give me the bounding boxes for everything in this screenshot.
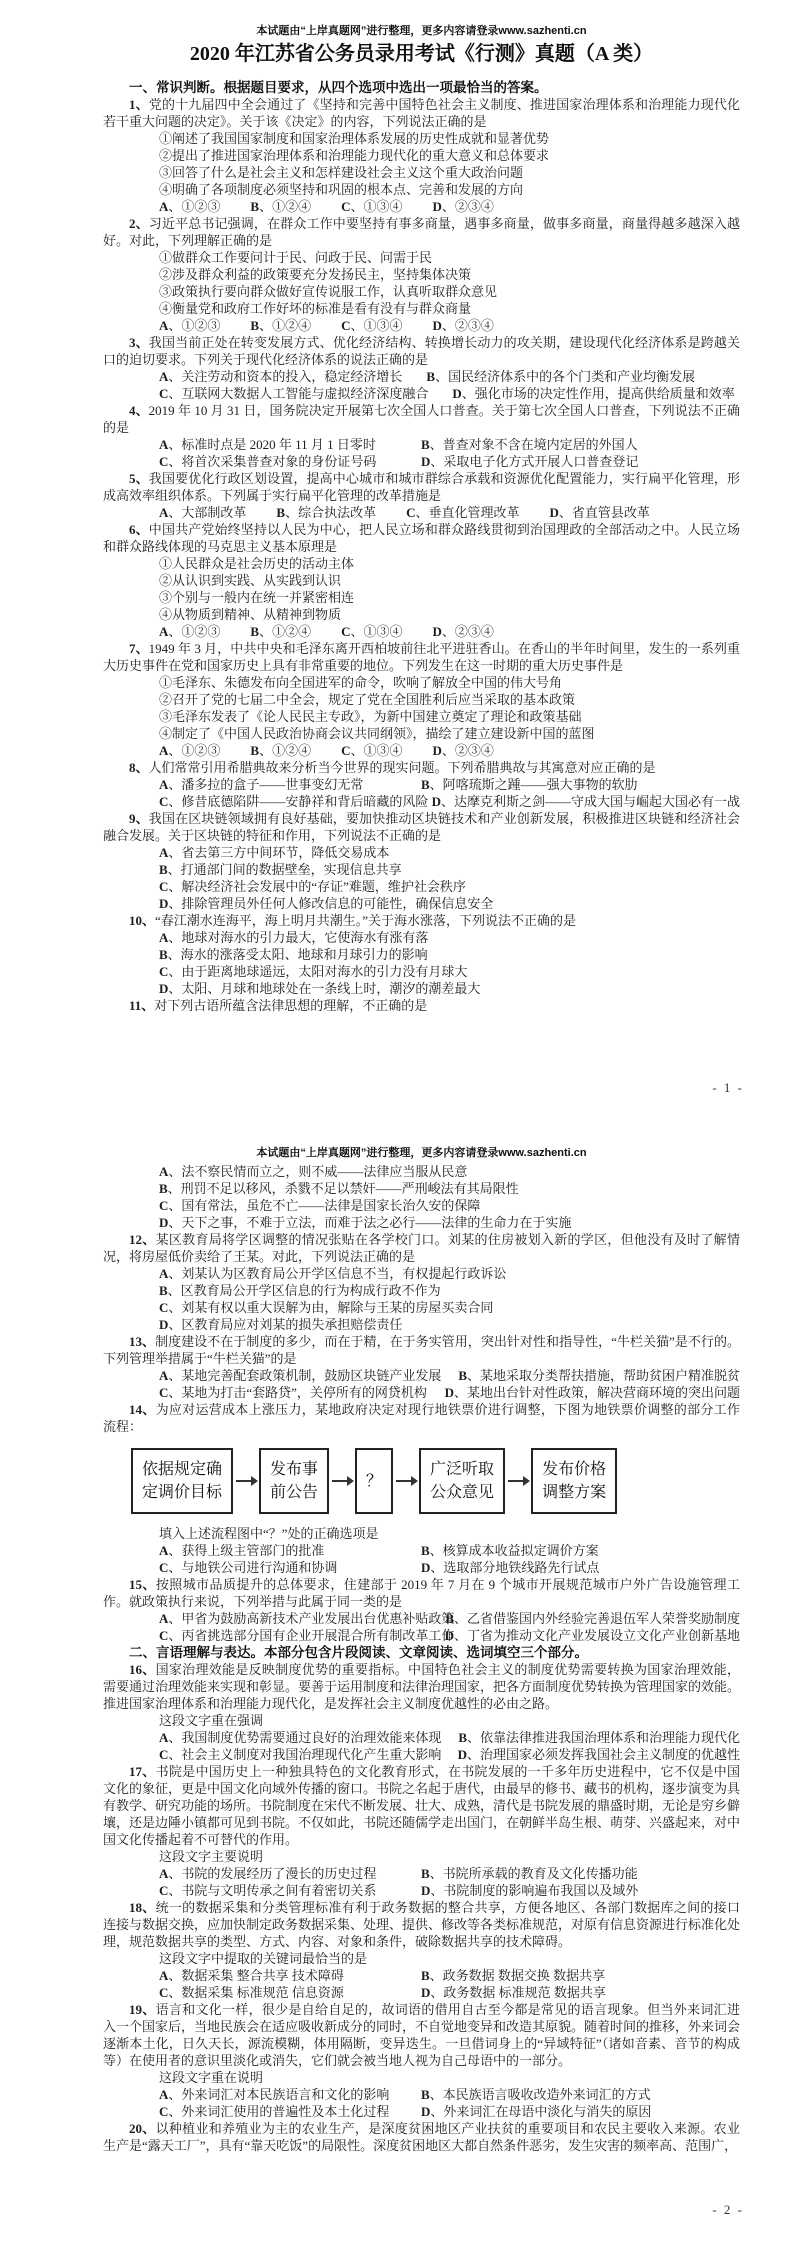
question-stem: 1、党的十九届四中全会通过了《坚持和完善中国特色社会主义制度、推进国家治理体系和… <box>103 96 740 130</box>
option-letter: A <box>159 777 168 792</box>
option: D、②③④ <box>433 317 494 334</box>
list-item: ②提出了推进国家治理体系和治理能力现代化的重大意义和总体要求 <box>159 147 740 164</box>
option: A、甲省为鼓励高新技术产业发展出台优惠补贴政策 <box>159 1610 421 1627</box>
option-letter: C <box>159 1300 168 1315</box>
option-letter: C <box>159 1198 168 1213</box>
list-item: ③个别与一般内在统一并紧密相连 <box>159 589 740 606</box>
option-letter: C <box>159 794 168 809</box>
page-2-body: A、法不察民情而立之，则不威——法律应当服从民意B、刑罚不足以移风，杀戮不足以禁… <box>103 1163 740 2154</box>
option-letter: D <box>421 1560 430 1575</box>
option: A、关注劳动和资本的投入，稳定经济增长 <box>159 368 402 385</box>
options-row: A、①②③B、①②④C、①③④D、②③④ <box>159 742 740 759</box>
question-stem: 11、对下列古语所蕴含法律思想的理解，不正确的是 <box>103 997 740 1014</box>
options-row: B、打通部门间的数据壁垒，实现信息共享 <box>159 861 740 878</box>
question-number: 4、 <box>129 403 149 418</box>
option-letter: B <box>426 369 435 384</box>
options-row: C、外来词汇使用的普遍性及本土化过程D、外来词汇在母语中淡化与消失的原因 <box>159 2103 740 2120</box>
options-row: D、太阳、月球和地球处在一条线上时，潮汐的潮差最大 <box>159 980 740 997</box>
list-item: ①毛泽东、朱德发布向全国进军的命令，吹响了解放全中国的伟大号角 <box>159 674 740 691</box>
option: C、数据采集 标准规范 信息资源 <box>159 1984 397 2001</box>
flow-box: 依据规定确定调价目标 <box>131 1448 233 1514</box>
option: D、排除管理员外任何人修改信息的可能性，确保信息安全 <box>159 896 493 911</box>
question-stem: 5、我国要优化行政区划设置，提高中心城市和城市群综合承载和资源优化配置能力，实行… <box>103 470 740 504</box>
option: B、综合执法改革 <box>276 504 376 521</box>
option: D、②③④ <box>433 198 494 215</box>
question-stem: 7、1949 年 3 月，中共中央和毛泽东离开西柏坡前往北平进驻香山。在香山的半… <box>103 640 740 674</box>
option: A、数据采集 整合共享 技术障碍 <box>159 1967 397 1984</box>
option-letter: B <box>445 1611 454 1626</box>
list-item: 这段文字重在说明 <box>159 2069 740 2086</box>
list-item: ③毛泽东发表了《论人民民主专政》，为新中国建立奠定了理论和政策基础 <box>159 708 740 725</box>
option-letter: A <box>159 2087 168 2102</box>
option: B、①②④ <box>250 198 311 215</box>
option: A、获得上级主管部门的批准 <box>159 1542 397 1559</box>
option-letter: D <box>445 1385 454 1400</box>
option-letter: B <box>159 862 168 877</box>
option: C、国有常法，虽危不亡——法律是国家长治久安的保障 <box>159 1198 480 1213</box>
option: A、标准时点是 2020 年 11 月 1 日零时 <box>159 436 397 453</box>
page-number: - 2 - <box>712 2202 744 2218</box>
doc-title: 2020 年江苏省公务员录用考试《行测》真题（A 类） <box>103 41 740 67</box>
option-letter: D <box>159 981 168 996</box>
list-item: ②涉及群众利益的政策要充分发扬民主，坚持集体决策 <box>159 266 740 283</box>
option-letter: C <box>159 879 168 894</box>
option-letter: D <box>421 1985 430 2000</box>
option-letter: D <box>452 386 461 401</box>
list-item: ②召开了党的七届二中全会，规定了党在全国胜利后应当采取的基本政策 <box>159 691 740 708</box>
options-row: A、省去第三方中间环节，降低交易成本 <box>159 844 740 861</box>
option-letter: A <box>159 199 168 214</box>
option-letter: D <box>433 624 442 639</box>
option: B、区教育局公开学区信息的行为构成行政不作为 <box>159 1283 441 1298</box>
option-letter: C <box>341 743 350 758</box>
option: A、①②③ <box>159 198 220 215</box>
option-letter: B <box>159 947 168 962</box>
question-stem: 4、2019 年 10 月 31 日，国务院决定开展第七次全国人口普查。关于第七… <box>103 402 740 436</box>
option-letter: C <box>341 624 350 639</box>
option: D、达摩克利斯之剑——守成大国与崛起大国必有一战 <box>432 793 740 810</box>
options-row: A、甲省为鼓励高新技术产业发展出台优惠补贴政策B、乙省借鉴国内外经验完善退伍军人… <box>159 1610 740 1627</box>
option: C、①③④ <box>341 317 402 334</box>
options-row: A、我国制度优势需要通过良好的治理效能来体现B、依靠法律推进我国治理体系和治理能… <box>159 1729 740 1746</box>
question-number: 11、 <box>129 998 154 1013</box>
list-item: ④制定了《中国人民政治协商会议共同纲领》，描绘了建立建设新中国的蓝图 <box>159 725 740 742</box>
question-number: 3、 <box>129 335 149 350</box>
question-number: 6、 <box>129 522 149 537</box>
option: C、互联网大数据人工智能与虚拟经济深度融合 <box>159 385 428 402</box>
option: A、我国制度优势需要通过良好的治理效能来体现 <box>159 1729 434 1746</box>
page-1-body: 一、常识判断。根据题目要求，从四个选项中选出一项最恰当的答案。1、党的十九届四中… <box>103 79 740 1014</box>
option-letter: B <box>250 624 259 639</box>
option: B、①②④ <box>250 623 311 640</box>
option-letter: B <box>421 1866 430 1881</box>
option: D、太阳、月球和地球处在一条线上时，潮汐的潮差最大 <box>159 981 480 996</box>
option-letter: D <box>433 199 442 214</box>
option: A、刘某认为区教育局公开学区信息不当，有权提起行政诉讼 <box>159 1266 506 1281</box>
arrow-icon <box>236 1480 256 1482</box>
options-row: A、①②③B、①②④C、①③④D、②③④ <box>159 623 740 640</box>
options-row: C、丙省挑选部分国有企业开展混合所有制改革工作D、丁省为推动文化产业发展设立文化… <box>159 1627 740 1644</box>
option-letter: B <box>458 1730 467 1745</box>
question-stem: 6、中国共产党始终坚持以人民为中心，把人民立场和群众路线贯彻到治国理政的全部活动… <box>103 521 740 555</box>
question-stem: 9、我国在区块链领域拥有良好基础，要加快推动区块链技术和产业创新发展，积极推进区… <box>103 810 740 844</box>
options-row: A、标准时点是 2020 年 11 月 1 日零时B、普查对象不含在境内定居的外… <box>159 436 740 453</box>
options-row: A、①②③B、①②④C、①③④D、②③④ <box>159 198 740 215</box>
option: D、强化市场的决定性作用，提高供给质量和效率 <box>452 385 734 402</box>
question-stem: 16、国家治理效能是反映制度优势的重要指标。中国特色社会主义的制度优势需要转换为… <box>103 1661 740 1712</box>
option: C、书院与文明传承之间有着密切关系 <box>159 1882 397 1899</box>
option-letter: A <box>159 624 168 639</box>
option-letter: B <box>458 1368 467 1383</box>
option-letter: B <box>421 2087 430 2102</box>
option: D、政务数据 标准规范 数据共享 <box>421 1984 606 2001</box>
option-letter: C <box>159 1985 168 2000</box>
question-number: 2、 <box>129 216 149 231</box>
option: B、海水的涨落受太阳、地球和月球引力的影响 <box>159 947 428 962</box>
option: C、与地铁公司进行沟通和协调 <box>159 1559 397 1576</box>
option: A、书院的发展经历了漫长的历史过程 <box>159 1865 397 1882</box>
option: B、①②④ <box>250 742 311 759</box>
flowchart: 依据规定确定调价目标发布事前公告？广泛听取公众意见发布价格调整方案 <box>131 1448 740 1514</box>
option: C、由于距离地球遥远，太阳对海水的引力没有月球大 <box>159 964 467 979</box>
option: D、外来词汇在母语中淡化与消失的原因 <box>421 2103 651 2120</box>
option-letter: A <box>159 318 168 333</box>
options-row: A、大部制改革B、综合执法改革C、垂直化管理改革D、省直管县改革 <box>159 504 740 521</box>
option-letter: D <box>550 505 559 520</box>
list-item: 这段文字中提取的关键词最恰当的是 <box>159 1950 740 1967</box>
question-number: 17、 <box>129 1764 156 1779</box>
list-item: ④从物质到精神、从精神到物质 <box>159 606 740 623</box>
option: C、①③④ <box>341 742 402 759</box>
question-stem: 15、按照城市品质提升的总体要求，住建部于 2019 年 7 月在 9 个城市开… <box>103 1576 740 1610</box>
question-stem: 18、统一的数据采集和分类管理标准有利于政务数据的整合共享，方便各地区、各部门数… <box>103 1899 740 1950</box>
question-number: 13、 <box>129 1334 155 1349</box>
option: D、某地出台针对性政策，解决营商环境的突出问题 <box>445 1384 740 1401</box>
option: C、①③④ <box>341 198 402 215</box>
option-letter: C <box>341 318 350 333</box>
question-number: 7、 <box>129 641 149 656</box>
option: C、社会主义制度对我国治理现代化产生重大影响 <box>159 1746 434 1763</box>
option: B、依靠法律推进我国治理体系和治理能力现代化 <box>458 1729 740 1746</box>
option-letter: B <box>250 199 259 214</box>
option: B、阿喀琉斯之踵——强大事物的软肋 <box>421 776 638 793</box>
question-number: 20、 <box>129 2121 156 2136</box>
option-letter: C <box>159 1628 168 1643</box>
option-letter: D <box>159 1215 168 1230</box>
option: D、选取部分地铁线路先行试点 <box>421 1559 599 1576</box>
list-item: ①阐述了我国国家制度和国家治理体系发展的历史性成就和显著优势 <box>159 130 740 147</box>
option: D、天下之事，不难于立法，而难于法之必行——法律的生命力在于实施 <box>159 1215 571 1230</box>
question-number: 10、 <box>129 913 155 928</box>
question-number: 16、 <box>129 1662 156 1677</box>
page-1: 本试题由“上岸真题网”进行整理，更多内容请登录www.sazhenti.cn 2… <box>0 0 794 1122</box>
question-stem: 19、语言和文化一样，很少是自给自足的，故词语的借用自古至今都是常见的语言现象。… <box>103 2001 740 2069</box>
option-letter: A <box>159 505 168 520</box>
option: C、垂直化管理改革 <box>406 504 519 521</box>
option-letter: C <box>159 1883 168 1898</box>
option: C、刘某有权以重大误解为由，解除与王某的房屋买卖合同 <box>159 1300 493 1315</box>
option-letter: D <box>159 896 168 911</box>
list-item: ③回答了什么是社会主义和怎样建设社会主义这个重大政治问题 <box>159 164 740 181</box>
header-note: 本试题由“上岸真题网”进行整理，更多内容请登录www.sazhenti.cn <box>103 22 740 38</box>
options-row: C、某地为打击“套路贷”，关停所有的网贷机构D、某地出台针对性政策，解决营商环境… <box>159 1384 740 1401</box>
option-letter: A <box>159 1730 168 1745</box>
option-letter: A <box>159 369 168 384</box>
options-row: C、刘某有权以重大误解为由，解除与王某的房屋买卖合同 <box>159 1299 740 1316</box>
option: A、地球对海水的引力最大，它使海水有涨有落 <box>159 930 428 945</box>
option: A、外来词汇对本民族语言和文化的影响 <box>159 2086 397 2103</box>
flow-box: 发布事前公告 <box>259 1448 329 1514</box>
option: C、将首次采集普查对象的身份证号码 <box>159 453 397 470</box>
question-stem: 3、我国当前正处在转变发展方式、优化经济结构、转换增长动力的攻关期，建设现代化经… <box>103 334 740 368</box>
question-number: 9、 <box>129 811 149 826</box>
option: B、国民经济体系中的各个门类和产业均衡发展 <box>426 368 695 385</box>
options-row: C、与地铁公司进行沟通和协调D、选取部分地铁线路先行试点 <box>159 1559 740 1576</box>
option: C、丙省挑选部分国有企业开展混合所有制改革工作 <box>159 1627 421 1644</box>
option: B、打通部门间的数据壁垒，实现信息共享 <box>159 862 402 877</box>
option: D、治理国家必须发挥我国社会主义制度的优越性 <box>458 1746 740 1763</box>
option-letter: C <box>159 386 168 401</box>
arrow-icon <box>508 1480 528 1482</box>
option: A、①②③ <box>159 623 220 640</box>
option: D、丁省为推动文化产业发展设立文化产业创新基地 <box>445 1627 740 1644</box>
options-row: A、外来词汇对本民族语言和文化的影响B、本民族语言吸收改造外来词汇的方式 <box>159 2086 740 2103</box>
options-row: D、天下之事，不难于立法，而难于法之必行——法律的生命力在于实施 <box>159 1214 740 1231</box>
list-item: ②从认识到实践、从实践到认识 <box>159 572 740 589</box>
option: A、潘多拉的盒子——世事变幻无常 <box>159 776 397 793</box>
option-letter: D <box>458 1747 467 1762</box>
list-item: 填入上述流程图中“？”处的正确选项是 <box>159 1525 740 1542</box>
option: B、某地采取分类帮扶措施，帮助贫困户精准脱贫 <box>458 1367 740 1384</box>
list-item: ④明确了各项制度必须坚持和巩固的根本点、完善和发展的方向 <box>159 181 740 198</box>
option: D、采取电子化方式开展人口普查登记 <box>421 453 638 470</box>
options-row: A、地球对海水的引力最大，它使海水有涨有落 <box>159 929 740 946</box>
option: B、核算成本收益拟定调价方案 <box>421 1542 599 1559</box>
options-row: A、法不察民情而立之，则不威——法律应当服从民意 <box>159 1163 740 1180</box>
flow-box: 广泛听取公众意见 <box>419 1448 505 1514</box>
option-letter: B <box>421 777 430 792</box>
list-item: ④衡量党和政府工作好坏的标准是看有没有与群众商量 <box>159 300 740 317</box>
option: B、书院所承载的教育及文化传播功能 <box>421 1865 638 1882</box>
options-row: D、区教育局应对刘某的损失承担赔偿责任 <box>159 1316 740 1333</box>
page-2: 本试题由“上岸真题网”进行整理，更多内容请登录www.sazhenti.cn A… <box>0 1122 794 2244</box>
option: C、外来词汇使用的普遍性及本土化过程 <box>159 2103 397 2120</box>
option: B、乙省借鉴国内外经验完善退伍军人荣誉奖励制度 <box>445 1610 740 1627</box>
options-row: C、由于距离地球遥远，太阳对海水的引力没有月球大 <box>159 963 740 980</box>
option-letter: A <box>159 1611 168 1626</box>
option-letter: B <box>250 743 259 758</box>
page-number: - 1 - <box>712 1080 744 1096</box>
flow-box: 发布价格调整方案 <box>531 1448 617 1514</box>
question-number: 1、 <box>129 97 149 112</box>
option-letter: D <box>432 794 441 809</box>
question-stem: 14、为应对运营成本上涨压力，某地政府决定对现行地铁票价进行调整，下图为地铁票价… <box>103 1401 740 1435</box>
option: A、①②③ <box>159 317 220 334</box>
option-letter: A <box>159 930 168 945</box>
option: C、某地为打击“套路贷”，关停所有的网贷机构 <box>159 1384 421 1401</box>
flow-box: ？ <box>355 1448 393 1514</box>
options-row: A、潘多拉的盒子——世事变幻无常B、阿喀琉斯之踵——强大事物的软肋 <box>159 776 740 793</box>
list-item: 这段文字重在强调 <box>159 1712 740 1729</box>
options-row: A、刘某认为区教育局公开学区信息不当，有权提起行政诉讼 <box>159 1265 740 1282</box>
question-number: 5、 <box>129 471 149 486</box>
options-row: C、互联网大数据人工智能与虚拟经济深度融合D、强化市场的决定性作用，提高供给质量… <box>159 385 740 402</box>
question-stem: 12、某区教育局将学区调整的情况张贴在各学校门口。刘某的住房被划入新的学区，但他… <box>103 1231 740 1265</box>
option-letter: C <box>159 2104 168 2119</box>
option-letter: D <box>445 1628 454 1643</box>
option: B、普查对象不含在境内定居的外国人 <box>421 436 638 453</box>
option: A、法不察民情而立之，则不威——法律应当服从民意 <box>159 1164 467 1179</box>
option-letter: C <box>341 199 350 214</box>
options-row: A、获得上级主管部门的批准B、核算成本收益拟定调价方案 <box>159 1542 740 1559</box>
option: D、书院制度的影响遍布我国以及域外 <box>421 1882 638 1899</box>
question-stem: 20、以种植业和养殖业为主的农业生产，是深度贫困地区产业扶贫的重要项目和农民主要… <box>103 2120 740 2154</box>
option: A、①②③ <box>159 742 220 759</box>
option-letter: D <box>433 318 442 333</box>
option-letter: A <box>159 437 168 452</box>
question-number: 19、 <box>129 2002 156 2017</box>
arrow-icon <box>396 1480 416 1482</box>
option: D、②③④ <box>433 742 494 759</box>
option-letter: D <box>421 2104 430 2119</box>
option-letter: A <box>159 743 168 758</box>
options-row: A、关注劳动和资本的投入，稳定经济增长B、国民经济体系中的各个门类和产业均衡发展 <box>159 368 740 385</box>
option-letter: A <box>159 1968 168 1983</box>
option-letter: C <box>159 1747 168 1762</box>
options-row: C、解决经济社会发展中的“存证”难题，维护社会秩序 <box>159 878 740 895</box>
options-row: B、刑罚不足以移风，杀戮不足以禁奸——严刑峻法有其局限性 <box>159 1180 740 1197</box>
option: B、①②④ <box>250 317 311 334</box>
list-item: ①做群众工作要问计于民、问政于民、问需于民 <box>159 249 740 266</box>
question-stem: 10、“春江潮水连海平，海上明月共潮生。”关于海水涨落，下列说法不正确的是 <box>103 912 740 929</box>
list-item: 这段文字主要说明 <box>159 1848 740 1865</box>
option-letter: C <box>159 1560 168 1575</box>
option-letter: B <box>421 1968 430 1983</box>
option-letter: B <box>159 1283 168 1298</box>
option: B、政务数据 数据交换 数据共享 <box>421 1967 605 1984</box>
question-number: 12、 <box>129 1232 156 1247</box>
section-heading: 一、常识判断。根据题目要求，从四个选项中选出一项最恰当的答案。 <box>103 79 740 96</box>
option-letter: C <box>159 964 168 979</box>
options-row: C、将首次采集普查对象的身份证号码D、采取电子化方式开展人口普查登记 <box>159 453 740 470</box>
question-number: 8、 <box>129 760 149 775</box>
question-number: 18、 <box>129 1900 156 1915</box>
option-letter: C <box>406 505 415 520</box>
option-letter: B <box>421 437 430 452</box>
option-letter: A <box>159 1266 168 1281</box>
section-heading: 二、言语理解与表达。本部分包含片段阅读、文章阅读、选词填空三个部分。 <box>103 1644 740 1661</box>
question-stem: 2、习近平总书记强调，在群众工作中要坚持有事多商量，遇事多商量，做事多商量，商量… <box>103 215 740 249</box>
option-letter: B <box>159 1181 168 1196</box>
options-row: C、书院与文明传承之间有着密切关系D、书院制度的影响遍布我国以及域外 <box>159 1882 740 1899</box>
option-letter: A <box>159 1543 168 1558</box>
option-letter: D <box>421 454 430 469</box>
options-row: A、①②③B、①②④C、①③④D、②③④ <box>159 317 740 334</box>
option: A、省去第三方中间环节，降低交易成本 <box>159 845 389 860</box>
question-stem: 8、人们常常引用希腊典故来分析当今世界的现实问题。下列希腊典故与其寓意对应正确的… <box>103 759 740 776</box>
options-row: A、书院的发展经历了漫长的历史过程B、书院所承载的教育及文化传播功能 <box>159 1865 740 1882</box>
options-row: A、数据采集 整合共享 技术障碍B、政务数据 数据交换 数据共享 <box>159 1967 740 1984</box>
option: A、大部制改革 <box>159 504 246 521</box>
option-letter: C <box>159 454 168 469</box>
options-row: C、国有常法，虽危不亡——法律是国家长治久安的保障 <box>159 1197 740 1214</box>
question-stem: 13、制度建设不在于制度的多少，而在于精，在于务实管用，突出针对性和指导性，“牛… <box>103 1333 740 1367</box>
options-row: B、海水的涨落受太阳、地球和月球引力的影响 <box>159 946 740 963</box>
option-letter: C <box>159 1385 168 1400</box>
options-row: C、修昔底德陷阱——安静祥和背后暗藏的风险D、达摩克利斯之剑——守成大国与崛起大… <box>159 793 740 810</box>
option-letter: A <box>159 1866 168 1881</box>
options-row: A、某地完善配套政策机制，鼓励区块链产业发展B、某地采取分类帮扶措施，帮助贫困户… <box>159 1367 740 1384</box>
option: C、修昔底德陷阱——安静祥和背后暗藏的风险 <box>159 793 408 810</box>
option-letter: D <box>421 1883 430 1898</box>
option-letter: A <box>159 845 168 860</box>
arrow-icon <box>332 1480 352 1482</box>
option: D、省直管县改革 <box>550 504 650 521</box>
option-letter: A <box>159 1368 168 1383</box>
option: D、区教育局应对刘某的损失承担赔偿责任 <box>159 1317 402 1332</box>
option: B、本民族语言吸收改造外来词汇的方式 <box>421 2086 651 2103</box>
option-letter: B <box>276 505 285 520</box>
question-number: 14、 <box>129 1402 156 1417</box>
option: A、某地完善配套政策机制，鼓励区块链产业发展 <box>159 1367 434 1384</box>
option-letter: A <box>159 1164 168 1179</box>
option: C、①③④ <box>341 623 402 640</box>
options-row: C、数据采集 标准规范 信息资源D、政务数据 标准规范 数据共享 <box>159 1984 740 2001</box>
options-row: C、社会主义制度对我国治理现代化产生重大影响D、治理国家必须发挥我国社会主义制度… <box>159 1746 740 1763</box>
option: D、②③④ <box>433 623 494 640</box>
option-letter: B <box>421 1543 430 1558</box>
option: B、刑罚不足以移风，杀戮不足以禁奸——严刑峻法有其局限性 <box>159 1181 519 1196</box>
question-number: 15、 <box>129 1577 156 1592</box>
option-letter: B <box>250 318 259 333</box>
list-item: ①人民群众是社会历史的活动主体 <box>159 555 740 572</box>
question-stem: 17、书院是中国历史上一种独具特色的文化教育形式，在书院发展的一千多年历史进程中… <box>103 1763 740 1848</box>
option: C、解决经济社会发展中的“存证”难题，维护社会秩序 <box>159 879 466 894</box>
options-row: D、排除管理员外任何人修改信息的可能性，确保信息安全 <box>159 895 740 912</box>
options-row: B、区教育局公开学区信息的行为构成行政不作为 <box>159 1282 740 1299</box>
option-letter: D <box>433 743 442 758</box>
option-letter: D <box>159 1317 168 1332</box>
header-note: 本试题由“上岸真题网”进行整理，更多内容请登录www.sazhenti.cn <box>103 1144 740 1160</box>
list-item: ③政策执行要向群众做好宣传说服工作，认真听取群众意见 <box>159 283 740 300</box>
